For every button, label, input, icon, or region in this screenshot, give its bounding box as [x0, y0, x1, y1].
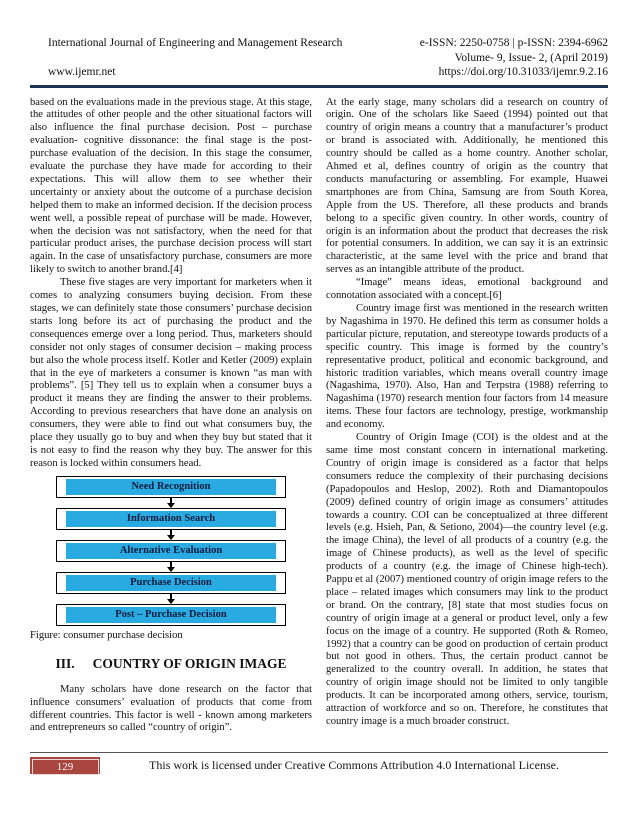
flow-step-label: Purchase Decision: [66, 575, 276, 591]
body-paragraph: These five stages are very important for…: [30, 277, 312, 471]
page-number-badge: 129: [30, 757, 100, 774]
flow-step-label: Alternative Evaluation: [66, 543, 276, 559]
flow-step-label: Post – Purchase Decision: [66, 607, 276, 623]
left-column: based on the evaluations made in the pre…: [30, 97, 312, 736]
consumer-purchase-decision-flowchart: Need Recognition Information Search Alte…: [56, 476, 286, 626]
figure-caption: Figure: consumer purchase decision: [30, 630, 312, 643]
right-column: At the early stage, many scholars did a …: [326, 97, 608, 736]
body-paragraph: “Image” means ideas, emotional backgroun…: [326, 277, 608, 303]
flow-step-label: Information Search: [66, 511, 276, 527]
section-number: III.: [55, 656, 74, 671]
flow-step-box: Information Search: [56, 508, 286, 530]
flow-step-label: Need Recognition: [66, 479, 276, 495]
volume-line: Volume- 9, Issue- 2, (April 2019): [420, 51, 608, 66]
body-paragraph: Country of Origin Image (COI) is the old…: [326, 432, 608, 729]
body-paragraph: Many scholars have done research on the …: [30, 684, 312, 736]
issn-line: e-ISSN: 2250-0758 | p-ISSN: 2394-6962: [420, 36, 608, 51]
flow-step-box: Alternative Evaluation: [56, 540, 286, 562]
page-number: 129: [32, 759, 99, 775]
body-paragraph: based on the evaluations made in the pre…: [30, 97, 312, 278]
article-body: based on the evaluations made in the pre…: [0, 88, 638, 736]
doi-link[interactable]: https://doi.org/10.31033/ijemr.9.2.16: [420, 65, 608, 80]
flow-step-box: Purchase Decision: [56, 572, 286, 594]
flow-step-box: Post – Purchase Decision: [56, 604, 286, 626]
body-paragraph: At the early stage, many scholars did a …: [326, 97, 608, 278]
body-paragraph: Country image first was mentioned in the…: [326, 303, 608, 432]
license-text: This work is licensed under Creative Com…: [100, 758, 608, 773]
section-heading: III.COUNTRY OF ORIGIN IMAGE: [30, 656, 312, 672]
section-title: COUNTRY OF ORIGIN IMAGE: [93, 656, 287, 671]
journal-header: International Journal of Engineering and…: [0, 0, 638, 80]
flow-step-box: Need Recognition: [56, 476, 286, 498]
page-footer: 129 This work is licensed under Creative…: [30, 752, 608, 774]
paper-page: International Journal of Engineering and…: [0, 0, 638, 826]
journal-website-link[interactable]: www.ijemr.net: [48, 65, 342, 80]
journal-name: International Journal of Engineering and…: [48, 36, 342, 51]
